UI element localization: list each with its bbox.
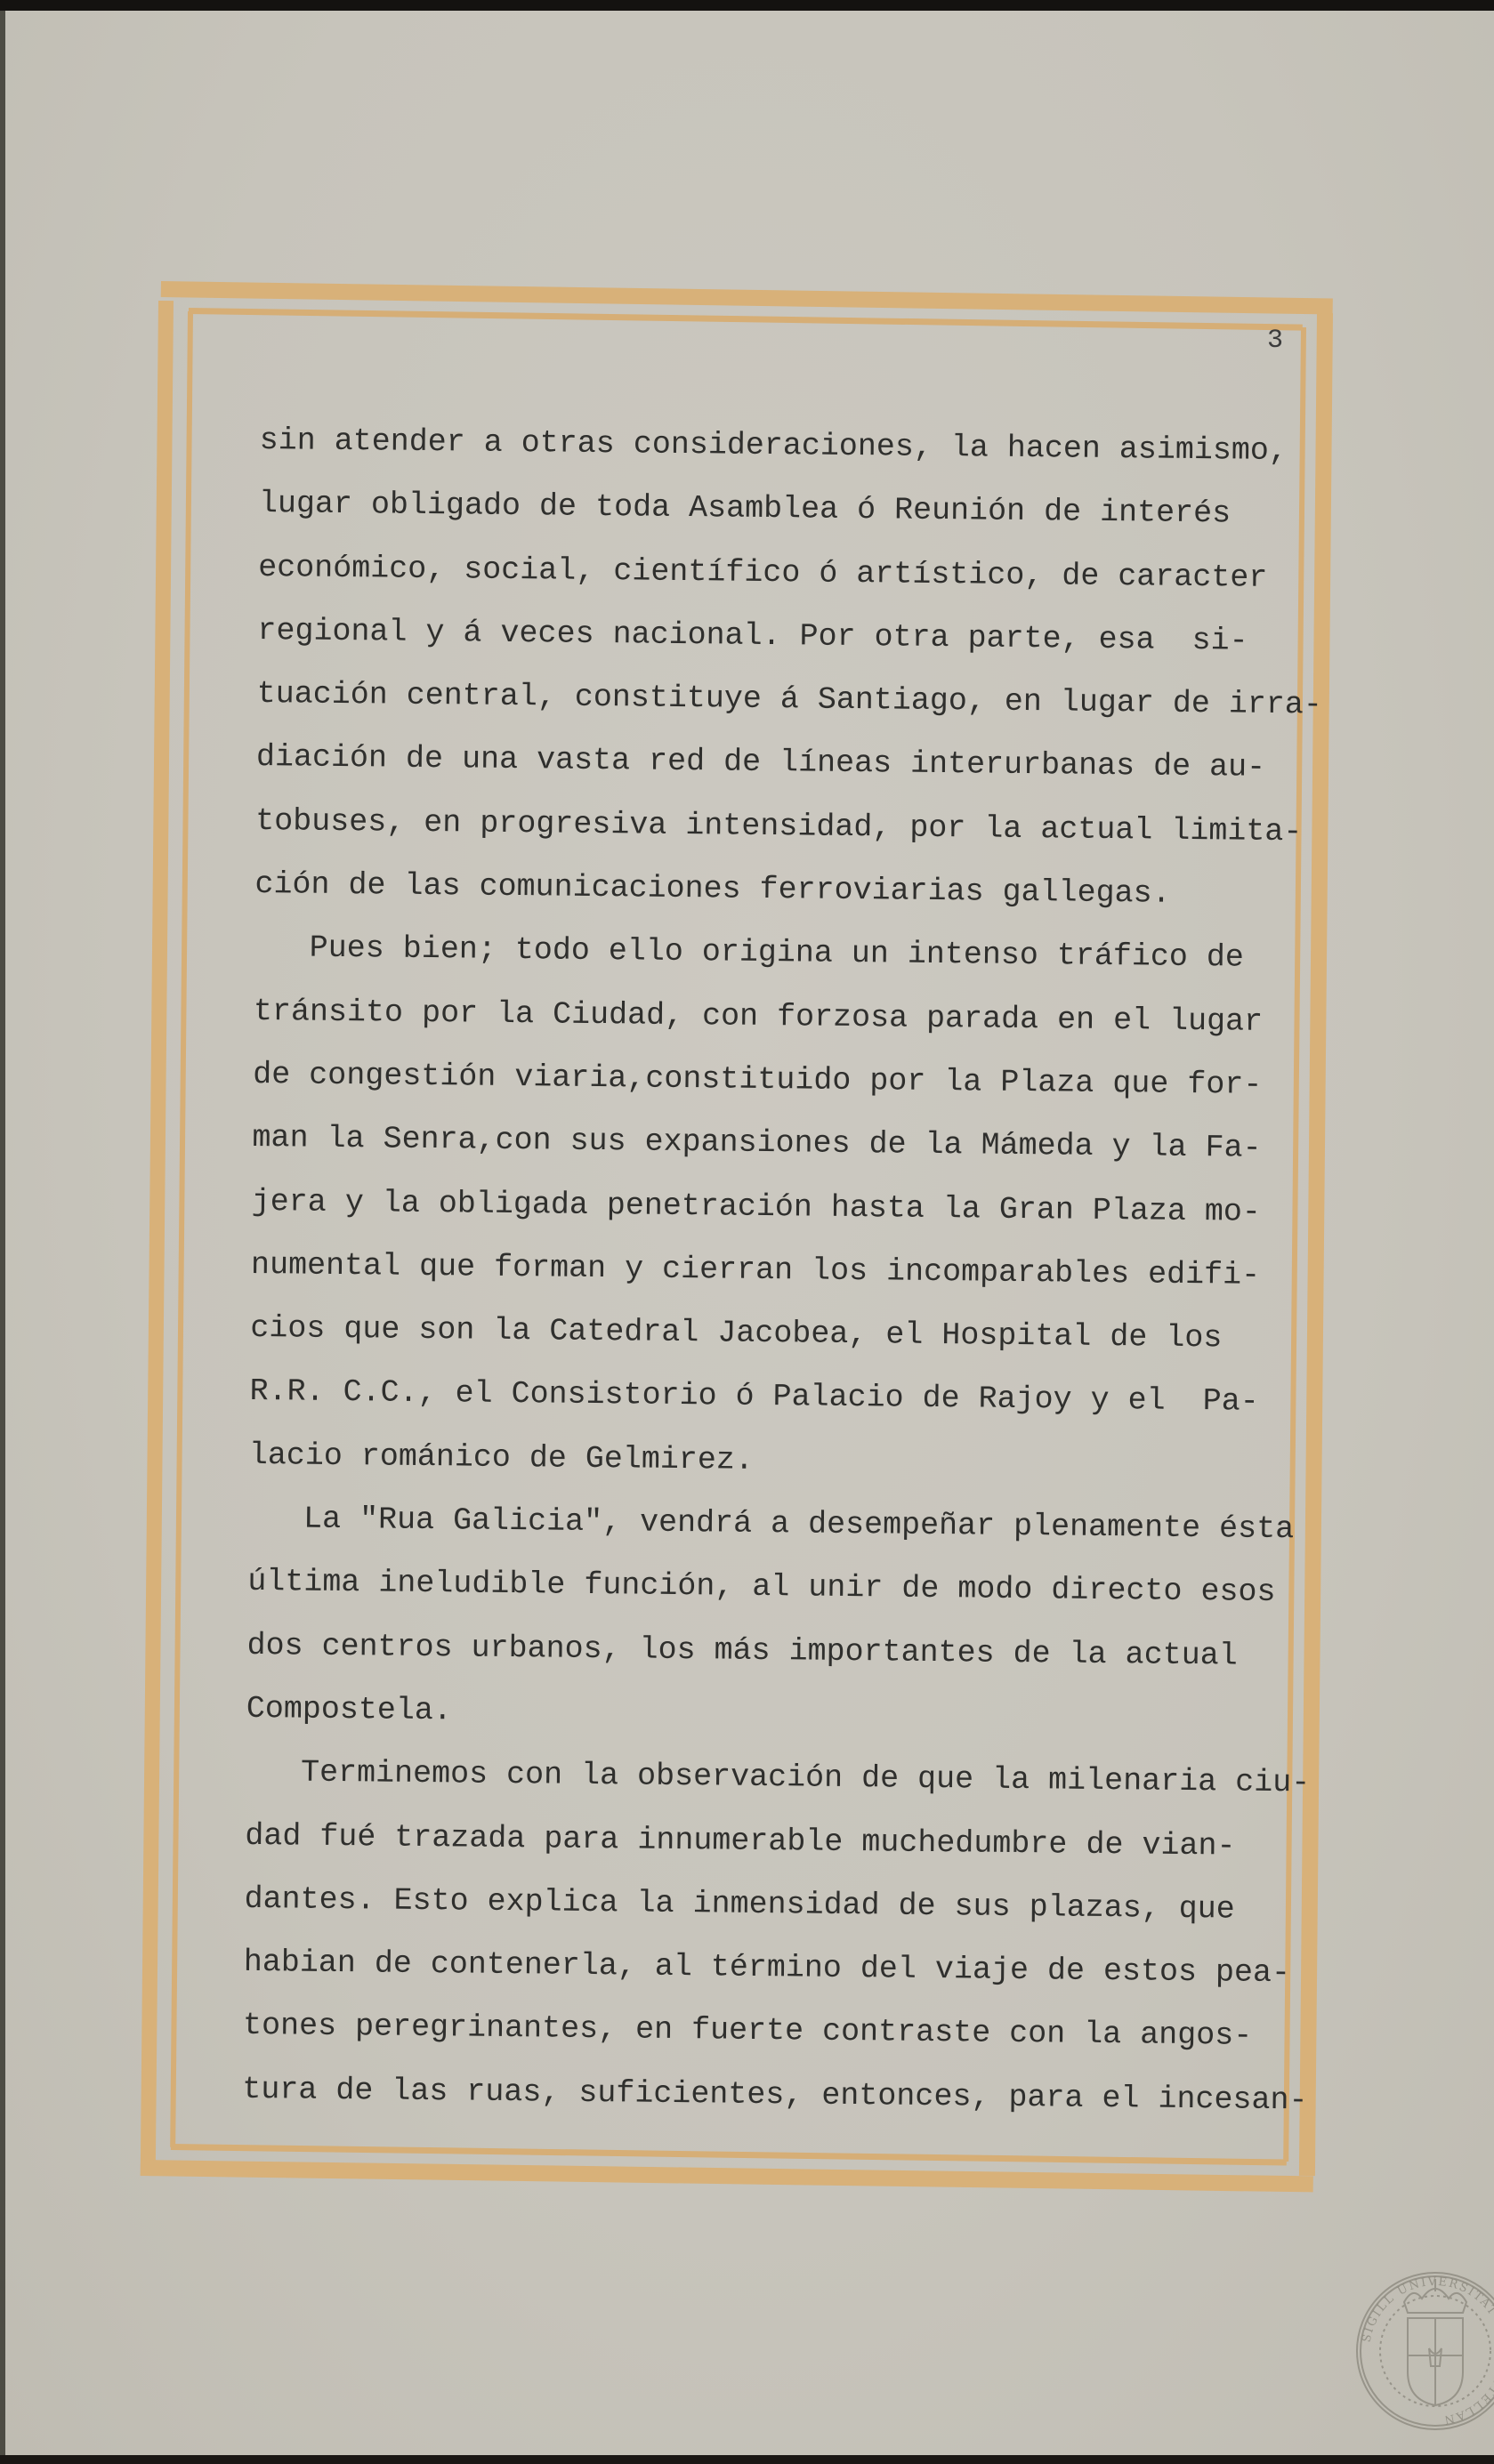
scan-bottom-edge [0,2455,1494,2464]
scan-top-edge [0,0,1494,11]
text-line: dos centros urbanos, los más importantes… [246,1623,1297,1698]
text-line: regional y á veces nacional. Por otra pa… [257,608,1308,683]
university-seal-icon: SIGILL UNIVERSITAT COMPOSTELLAN [1351,2267,1494,2436]
text-line: económico, social, científico ó artístic… [258,545,1309,620]
text-line: Terminemos con la observación de que la … [246,1750,1296,1824]
text-line: sin atender a otras consideraciones, la … [259,418,1310,493]
text-line: La "Rua Galicia", vendrá a desempeñar pl… [248,1496,1299,1571]
text-line: última ineludible función, al unir de mo… [247,1559,1298,1634]
text-line: de congestión viaria,constituido por la … [253,1052,1304,1127]
text-line: tránsito por la Ciudad, con forzosa para… [254,989,1304,1064]
text-line: tones peregrinantes, en fuerte contraste… [243,2003,1294,2078]
text-line: ción de las comunicaciones ferroviarias … [254,862,1305,937]
text-line: lacio románico de Gelmirez. [248,1433,1299,1508]
text-line: Pues bien; todo ello origina un intenso … [254,925,1304,1000]
text-line: cios que son la Catedral Jacobea, el Hos… [250,1306,1301,1381]
text-line: tobuses, en progresiva intensidad, por l… [255,799,1306,874]
text-line: Compostela. [246,1687,1296,1761]
text-line: R.R. C.C., el Consistorio ó Palacio de R… [249,1369,1300,1444]
text-line: diación de una vasta red de líneas inter… [256,735,1307,809]
text-line: jera y la obligada penetración hasta la … [251,1180,1302,1254]
text-line: tuación central, constituye á Santiago, … [256,672,1307,746]
text-line: tura de las ruas, suficientes, entonces,… [242,2067,1293,2142]
text-line: habian de contenerla, al término del via… [243,1940,1294,2015]
text-line: dantes. Esto explica la inmensidad de su… [244,1877,1295,1952]
text-line: dad fué trazada para innumerable muchedu… [245,1813,1296,1888]
typewritten-body: sin atender a otras consideraciones, la … [242,418,1310,2141]
text-line: numental que forman y cierran los incomp… [251,1243,1302,1317]
page-number: 3 [1267,326,1283,356]
text-line: lugar obligado de toda Asamblea ó Reunió… [259,481,1310,556]
text-line: man la Senra,con sus expansiones de la M… [252,1115,1303,1190]
